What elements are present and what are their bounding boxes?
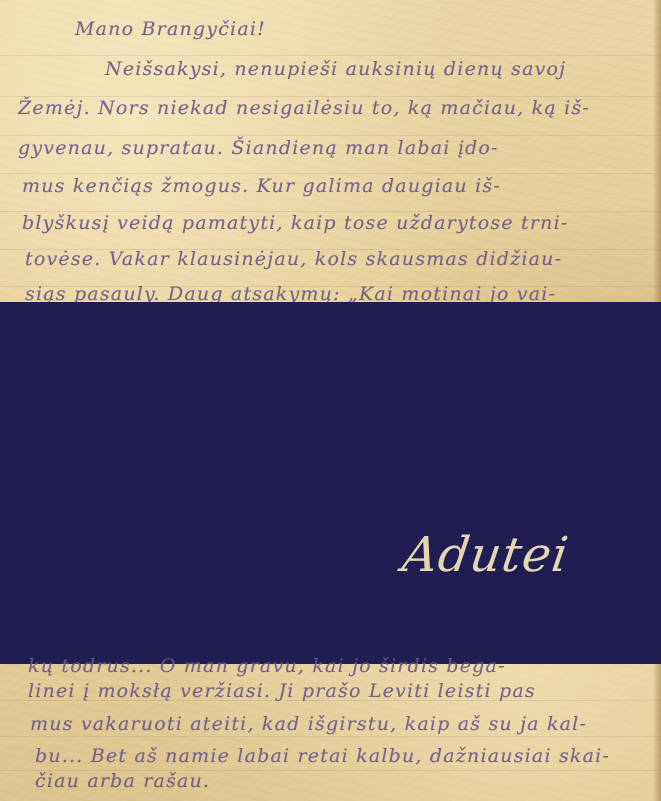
letter-line: tovėse. Vakar klausinėjau, kols skausmas… xyxy=(25,248,661,270)
letter-line: Neišsakysi, nenupieši auksinių dienų sav… xyxy=(105,58,661,80)
letter-line: linei į moksłą veržiasi. Ji prašo Leviti… xyxy=(28,680,661,702)
letter-line: blyškusį veidą pamatyti, kaip tose užda­… xyxy=(22,212,661,234)
letter-line: mus vakaruoti ateiti, kad išgirstu, kaip… xyxy=(30,713,661,735)
signature-title: Adutei xyxy=(399,527,572,583)
letter-line: Žemėj. Nors niekad nesigailėsiu to, ką m… xyxy=(18,97,661,119)
letter-line: bu... Bet aš namie labai retai kalbu, da… xyxy=(35,745,661,767)
letter-line: gyvenau, supratau. Šiandieną man labai į… xyxy=(18,137,661,159)
letter-line: mus kenčiąs žmogus. Kur galima daugiau i… xyxy=(22,175,661,197)
letter-salutation: Mano Brangyčiai! xyxy=(75,18,661,40)
letter-line: kų todrus... O man gravu, kai jo širdis … xyxy=(28,655,661,677)
cover-title-band xyxy=(0,302,661,664)
letter-line: čiau arba rašau. xyxy=(35,770,661,792)
